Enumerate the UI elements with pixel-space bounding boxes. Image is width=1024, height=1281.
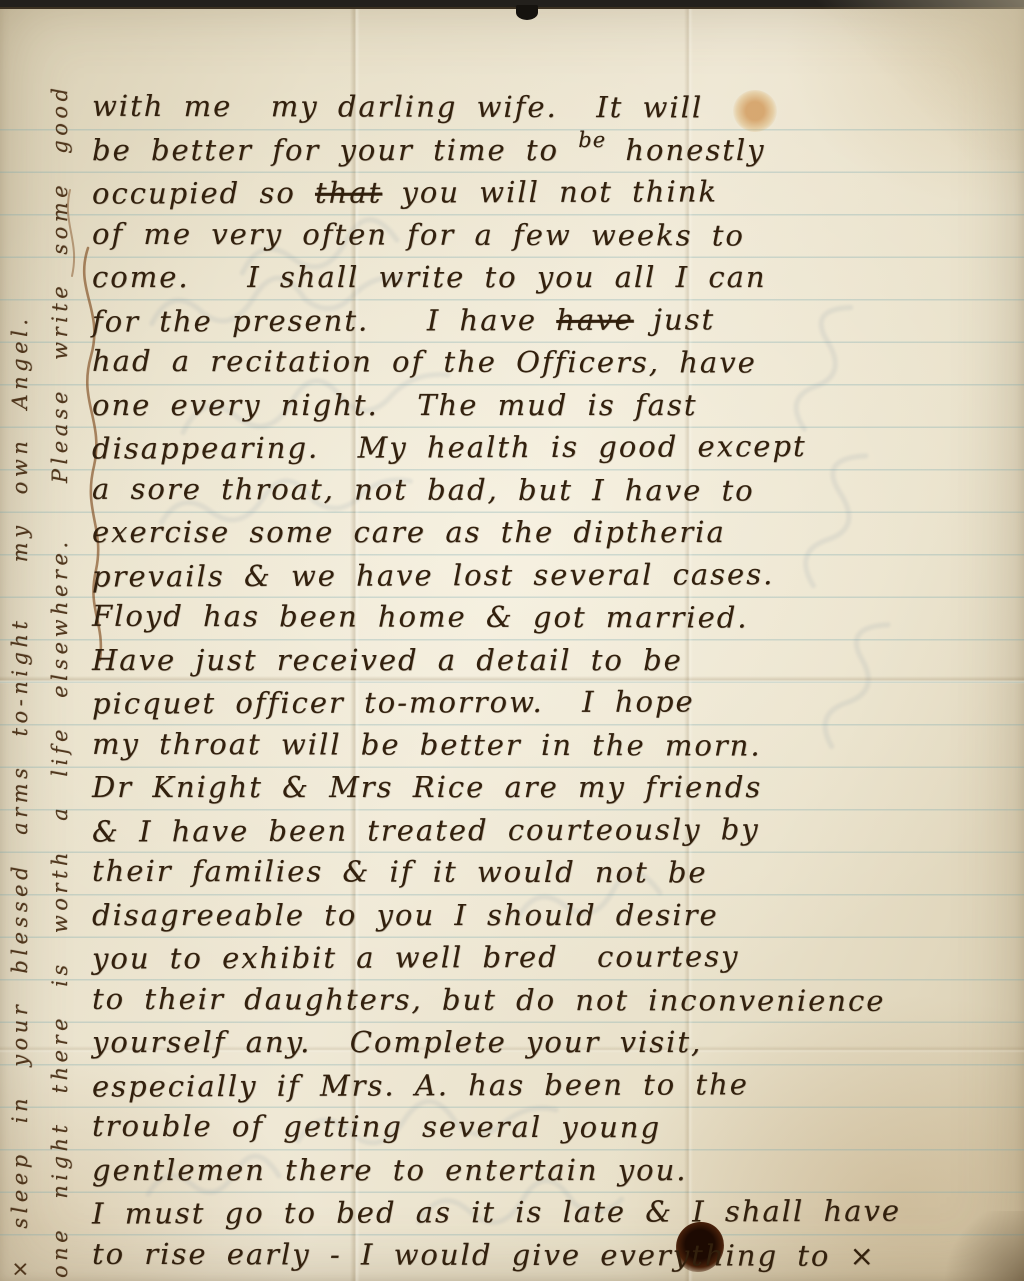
letter-line: occupied so that you will not think bbox=[92, 169, 987, 215]
line-text: gentlemen there to entertain you. bbox=[92, 1153, 688, 1187]
letter-line: one every night. The mud is fast bbox=[92, 384, 987, 427]
line-text: with me my darling wife. It will bbox=[92, 89, 703, 125]
letter-line: Have just received a detail to be bbox=[92, 639, 987, 682]
letter-line: especially if Mrs. A. has been to the bbox=[92, 1062, 987, 1108]
line-text: of me very often for a few weeks to bbox=[92, 216, 745, 252]
letter-line: with me my darling wife. It will bbox=[92, 85, 987, 130]
line-text: Have just received a detail to be bbox=[92, 643, 683, 677]
line-text: to rise early - I would give everything … bbox=[92, 1236, 876, 1272]
letter-line: I must go to bed as it is late & I shall… bbox=[92, 1189, 987, 1235]
line-text: just bbox=[634, 302, 716, 336]
margin-note-outer: × sleep in your blessed arms to-night my… bbox=[8, 10, 32, 1278]
line-text: honestly bbox=[606, 133, 765, 167]
letter-line: come. I shall write to you all I can bbox=[92, 256, 987, 299]
line-text: prevails & we have lost several cases. bbox=[92, 557, 774, 593]
inserted-word-above-line: be bbox=[578, 119, 606, 162]
line-text: to their daughters, but do not inconveni… bbox=[92, 981, 885, 1017]
letter-line: Dr Knight & Mrs Rice are my friends bbox=[92, 766, 987, 809]
line-text: disagreeable to you I should desire bbox=[92, 898, 719, 932]
line-text: occupied so bbox=[92, 176, 315, 211]
struck-out-word: that bbox=[315, 176, 382, 210]
letter-line: my throat will be better in the morn. bbox=[92, 722, 987, 767]
line-text: be better for your time to bbox=[92, 133, 578, 167]
letter-line: yourself any. Complete your visit, bbox=[92, 1021, 987, 1064]
letter-line: you to exhibit a well bred courtesy bbox=[92, 934, 987, 980]
line-text: disappearing. My health is good except bbox=[92, 429, 807, 465]
margin-note-inner: one night there is worth a life elsewher… bbox=[48, 10, 72, 1278]
line-text: Dr Knight & Mrs Rice are my friends bbox=[92, 770, 762, 804]
line-text: especially if Mrs. A. has been to the bbox=[92, 1067, 749, 1103]
line-text: picquet officer to-morrow. I hope bbox=[92, 684, 695, 720]
letter-line: had a recitation of the Officers, have bbox=[92, 340, 987, 385]
line-text: Floyd has been home & got married. bbox=[92, 599, 749, 635]
line-text: you will not think bbox=[382, 174, 718, 209]
letter-line: their families & if it would not be bbox=[92, 850, 987, 895]
letter-line: exercise some care as the diptheria bbox=[92, 511, 987, 554]
letter-line: disagreeable to you I should desire bbox=[92, 894, 987, 937]
line-text: you to exhibit a well bred courtesy bbox=[92, 939, 740, 975]
line-text: one every night. The mud is fast bbox=[92, 388, 697, 422]
letter-line: of me very often for a few weeks to bbox=[92, 212, 987, 257]
letter-line: prevails & we have lost several cases. bbox=[92, 552, 987, 598]
letter-page: × sleep in your blessed arms to-night my… bbox=[0, 0, 1024, 1281]
top-edge-ink-spot bbox=[516, 5, 538, 20]
letter-line: trouble of getting several young bbox=[92, 1105, 987, 1150]
letter-body: with me my darling wife. It willbe bette… bbox=[92, 86, 987, 1276]
line-text: a sore throat, not bad, but I have to bbox=[92, 471, 755, 507]
line-text: trouble of getting several young bbox=[92, 1109, 661, 1144]
line-text: & I have been treated courteously by bbox=[92, 812, 760, 848]
struck-out-word: have bbox=[556, 302, 634, 336]
letter-line: to their daughters, but do not inconveni… bbox=[92, 977, 987, 1022]
letter-line: a sore throat, not bad, but I have to bbox=[92, 467, 987, 512]
letter-line: gentlemen there to entertain you. bbox=[92, 1149, 987, 1192]
line-text: for the present. I have bbox=[92, 302, 556, 338]
line-text: I must go to bed as it is late & I shall… bbox=[92, 1194, 901, 1231]
line-text: yourself any. Complete your visit, bbox=[92, 1025, 702, 1059]
line-text: their families & if it would not be bbox=[92, 854, 708, 890]
letter-line: for the present. I have have just bbox=[92, 297, 987, 343]
letter-line: disappearing. My health is good except bbox=[92, 424, 987, 470]
letter-line: picquet officer to-morrow. I hope bbox=[92, 679, 987, 725]
line-text: my throat will be better in the morn. bbox=[92, 726, 762, 762]
letter-line: be better for your time to be honestly bbox=[92, 129, 987, 172]
letter-line: & I have been treated courteously by bbox=[92, 807, 987, 853]
line-text: exercise some care as the diptheria bbox=[92, 515, 726, 549]
letter-line: Floyd has been home & got married. bbox=[92, 595, 987, 640]
line-text: come. I shall write to you all I can bbox=[92, 260, 767, 294]
letter-line: to rise early - I would give everything … bbox=[92, 1232, 987, 1277]
line-text: had a recitation of the Officers, have bbox=[92, 344, 757, 380]
